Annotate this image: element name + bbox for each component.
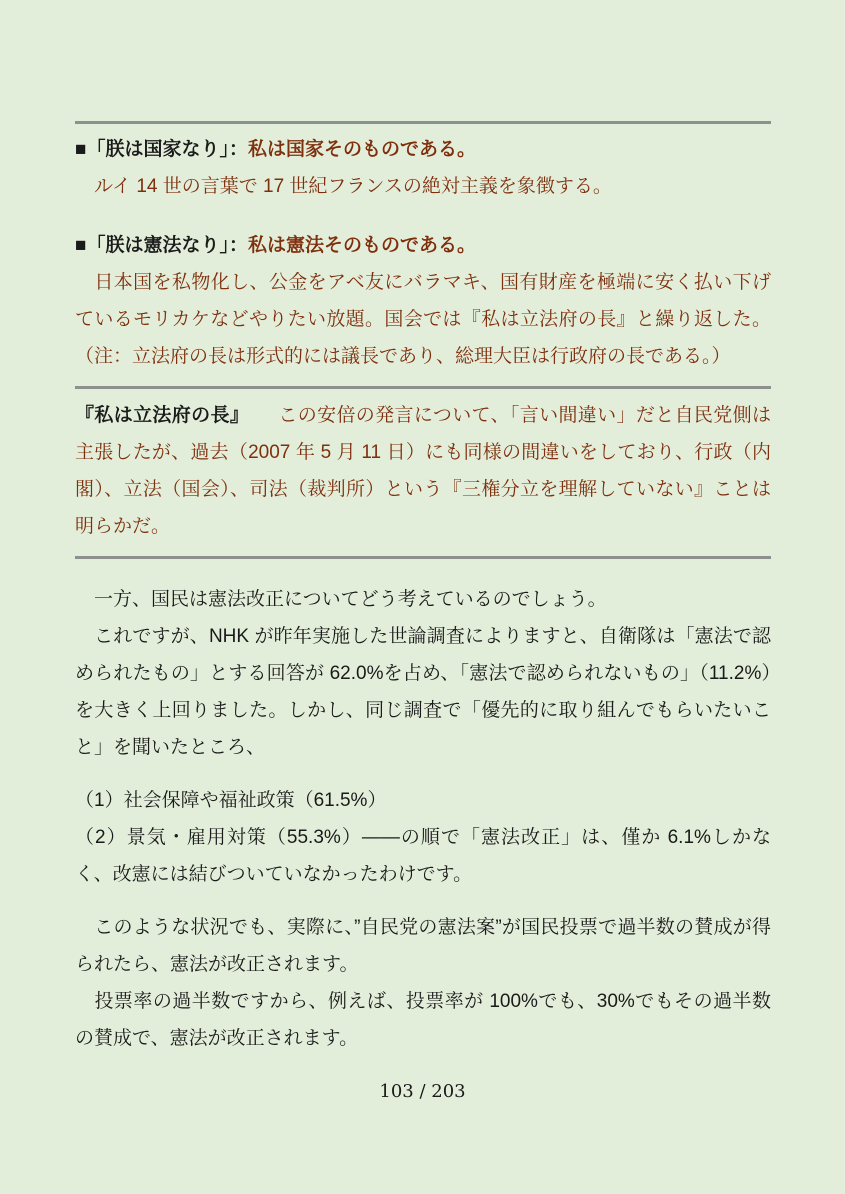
main-paragraph-3: このような状況でも、実際に、”自民党の憲法案”が国民投票で過半数の賛成が得られた… xyxy=(75,909,771,983)
main-paragraph-4: 投票率の過半数ですから、例えば、投票率が 100%でも、30%でもその過半数の賛… xyxy=(75,983,771,1057)
survey-item-2: （2）景気・雇用対策（55.3%）――の順で「憲法改正」は、僅か 6.1%しかな… xyxy=(75,819,771,893)
section-maxim-state: ■「朕は国家なり」：私は国家そのものである。 ルイ 14 世の言葉で 17 世紀… xyxy=(75,131,771,205)
horizontal-rule-bottom xyxy=(75,556,771,559)
section-maxim-constitution: ■「朕は憲法なり」：私は憲法そのものである。 日本国を私物化し、公金をアベ友にバ… xyxy=(75,227,771,375)
maxim-state-body: ルイ 14 世の言葉で 17 世紀フランスの絶対主義を象徴する。 xyxy=(75,168,771,205)
main-paragraph-2: これですが、NHK が昨年実施した世論調査によりますと、自衛隊は「憲法で認められ… xyxy=(75,618,771,766)
horizontal-rule-middle xyxy=(75,386,771,389)
maxim-constitution-heading: ■「朕は憲法なり」：私は憲法そのものである。 xyxy=(75,227,771,264)
maxim-state-heading: ■「朕は国家なり」：私は国家そのものである。 xyxy=(75,131,771,168)
horizontal-rule-top xyxy=(75,121,771,124)
main-paragraph-1: 一方、国民は憲法改正についてどう考えているのでしょう。 xyxy=(75,581,771,618)
quote-note-paragraph: 『私は立法府の長』 この安倍の発言について、「言い間違い」だと自民党側は主張した… xyxy=(75,397,771,545)
maxim-constitution-heading-red: 私は憲法そのものである。 xyxy=(248,235,476,256)
page-content: ■「朕は国家なり」：私は国家そのものである。 ルイ 14 世の言葉で 17 世紀… xyxy=(75,0,771,1057)
maxim-state-heading-black: ■「朕は国家なり」： xyxy=(75,139,248,160)
page-number-indicator: 103 / 203 xyxy=(0,1078,845,1106)
maxim-state-heading-red: 私は国家そのものである。 xyxy=(248,139,476,160)
maxim-constitution-heading-black: ■「朕は憲法なり」： xyxy=(75,235,248,256)
section-quote-note: 『私は立法府の長』 この安倍の発言について、「言い間違い」だと自民党側は主張した… xyxy=(75,397,771,545)
survey-item-1: （1）社会保障や福祉政策（61.5%） xyxy=(75,782,771,819)
section-main-text: 一方、国民は憲法改正についてどう考えているのでしょう。 これですが、NHK が昨… xyxy=(75,581,771,1057)
document-page: ■「朕は国家なり」：私は国家そのものである。 ルイ 14 世の言葉で 17 世紀… xyxy=(0,0,845,1194)
quote-note-lead: 『私は立法府の長』 xyxy=(75,405,240,426)
maxim-constitution-body: 日本国を私物化し、公金をアベ友にバラマキ、国有財産を極端に安く払い下げているモリ… xyxy=(75,264,771,375)
